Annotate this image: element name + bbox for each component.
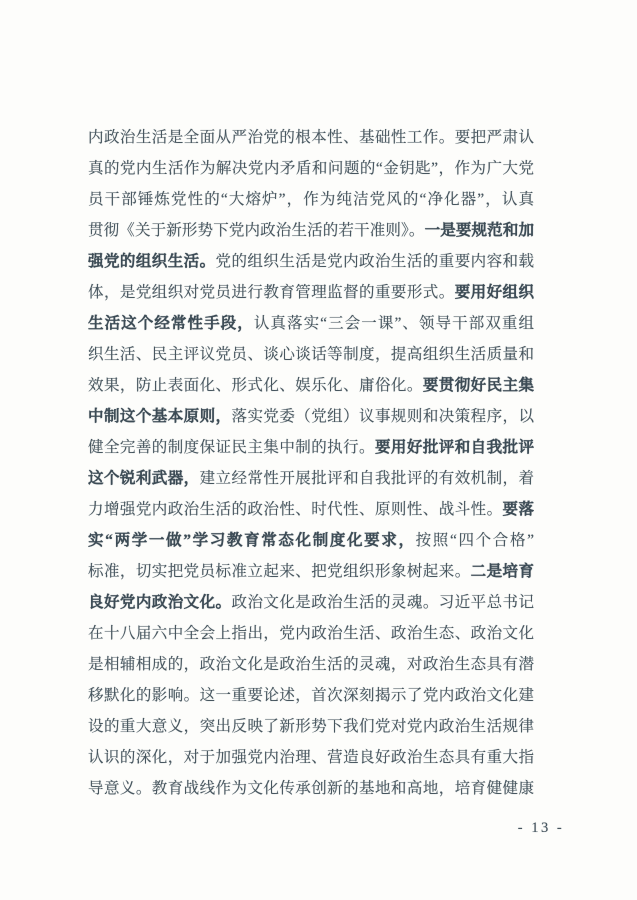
bold-text-segment: 实“两学一做”学习教育常态化制度化要求， (88, 532, 416, 549)
document-body: 内政治生活是全面从严治党的根本性、基础性工作。要把严肃认真的党内生活作为解决党内… (88, 122, 534, 804)
text-line: 健全完善的制度保证民主集中制的执行。要用好批评和自我批评 (88, 432, 534, 463)
text-line: 力增强党内政治生活的政治性、时代性、原则性、战斗性。要落 (88, 494, 534, 525)
text-line: 实“两学一做”学习教育常态化制度化要求，按照“四个合格” (88, 525, 534, 556)
document-page: 内政治生活是全面从严治党的根本性、基础性工作。要把严肃认真的党内生活作为解决党内… (0, 0, 637, 900)
bold-text-segment: 要贯彻好民主集 (423, 377, 534, 394)
text-line: 内政治生活是全面从严治党的根本性、基础性工作。要把严肃认 (88, 122, 534, 153)
text-segment: 织生活、民主评议党员、谈心谈话等制度，提高组织生活质量和 (88, 346, 534, 363)
bold-text-segment: 二是培育 (471, 563, 534, 580)
text-segment: 党的组织生活是党内政治生活的重要内容和载 (216, 253, 534, 270)
bold-text-segment: 生活这个经常性手段， (88, 315, 254, 332)
text-line: 体，是党组织对党员进行教育管理监督的重要形式。要用好组织 (88, 277, 534, 308)
bold-text-segment: 良好党内政治文化。 (88, 594, 232, 611)
text-segment: 员干部锤炼党性的“大熔炉”，作为纯洁党风的“净化器”，认真 (88, 191, 534, 208)
bold-text-segment: 中制这个基本原则， (88, 408, 232, 425)
text-line: 认识的深化，对于加强党内治理、营造良好政治生态具有重大指 (88, 742, 534, 773)
text-line: 强党的组织生活。党的组织生活是党内政治生活的重要内容和载 (88, 246, 534, 277)
text-line: 效果，防止表面化、形式化、娱乐化、庸俗化。要贯彻好民主集 (88, 370, 534, 401)
text-segment: 落实党委（党组）议事规则和决策程序，以 (232, 408, 534, 425)
text-segment: 效果，防止表面化、形式化、娱乐化、庸俗化。 (88, 377, 423, 394)
text-line: 在十八届六中全会上指出，党内政治生活、政治生态、政治文化 (88, 618, 534, 649)
text-segment: 贯彻《关于新形势下党内政治生活的若干准则》。 (88, 222, 425, 239)
text-line: 织生活、民主评议党员、谈心谈话等制度，提高组织生活质量和 (88, 339, 534, 370)
text-segment: 健全完善的制度保证民主集中制的执行。 (88, 439, 375, 456)
text-segment: 政治文化是政治生活的灵魂。习近平总书记 (232, 594, 534, 611)
bold-text-segment: 要用好批评和自我批评 (375, 439, 534, 456)
text-segment: 认真落实“三会一课”、领导干部双重组 (254, 315, 534, 332)
text-segment: 按照“四个合格” (416, 532, 534, 549)
text-line: 导意义。教育战线作为文化传承创新的基地和高地，培育健健康 (88, 773, 534, 804)
text-line: 员干部锤炼党性的“大熔炉”，作为纯洁党风的“净化器”，认真 (88, 184, 534, 215)
text-segment: 内政治生活是全面从严治党的根本性、基础性工作。要把严肃认 (88, 129, 534, 146)
text-segment: 设的重大意义，突出反映了新形势下我们党对党内政治生活规律 (88, 718, 534, 735)
text-line: 移默化的影响。这一重要论述，首次深刻揭示了党内政治文化建 (88, 680, 534, 711)
text-line: 中制这个基本原则，落实党委（党组）议事规则和决策程序，以 (88, 401, 534, 432)
text-segment: 认识的深化，对于加强党内治理、营造良好政治生态具有重大指 (88, 749, 534, 766)
text-segment: 真的党内生活作为解决党内矛盾和问题的“金钥匙”，作为广大党 (88, 160, 534, 177)
text-segment: 标准，切实把党员标准立起来、把党组织形象树起来。 (88, 563, 471, 580)
text-segment: 体，是党组织对党员进行教育管理监督的重要形式。 (88, 284, 455, 301)
text-segment: 在十八届六中全会上指出，党内政治生活、政治生态、政治文化 (88, 625, 534, 642)
text-segment: 建立经常性开展批评和自我批评的有效机制，着 (200, 470, 534, 487)
text-line: 贯彻《关于新形势下党内政治生活的若干准则》。一是要规范和加 (88, 215, 534, 246)
text-segment: 力增强党内政治生活的政治性、时代性、原则性、战斗性。 (88, 501, 503, 518)
text-line: 真的党内生活作为解决党内矛盾和问题的“金钥匙”，作为广大党 (88, 153, 534, 184)
text-segment: 是相辅相成的，政治文化是政治生活的灵魂，对政治生态具有潜 (88, 656, 534, 673)
text-line: 设的重大意义，突出反映了新形势下我们党对党内政治生活规律 (88, 711, 534, 742)
bold-text-segment: 这个锐利武器， (88, 470, 200, 487)
text-line: 标准，切实把党员标准立起来、把党组织形象树起来。二是培育 (88, 556, 534, 587)
bold-text-segment: 要落 (503, 501, 534, 518)
bold-text-segment: 要用好组织 (455, 284, 534, 301)
text-line: 这个锐利武器，建立经常性开展批评和自我批评的有效机制，着 (88, 463, 534, 494)
text-line: 良好党内政治文化。政治文化是政治生活的灵魂。习近平总书记 (88, 587, 534, 618)
page-number: - 13 - (505, 820, 577, 837)
text-segment: 导意义。教育战线作为文化传承创新的基地和高地，培育健健康 (88, 780, 534, 797)
text-segment: 移默化的影响。这一重要论述，首次深刻揭示了党内政治文化建 (88, 687, 534, 704)
text-line: 生活这个经常性手段，认真落实“三会一课”、领导干部双重组 (88, 308, 534, 339)
bold-text-segment: 一是要规范和加 (425, 222, 534, 239)
text-line: 是相辅相成的，政治文化是政治生活的灵魂，对政治生态具有潜 (88, 649, 534, 680)
bold-text-segment: 强党的组织生活。 (88, 253, 216, 270)
